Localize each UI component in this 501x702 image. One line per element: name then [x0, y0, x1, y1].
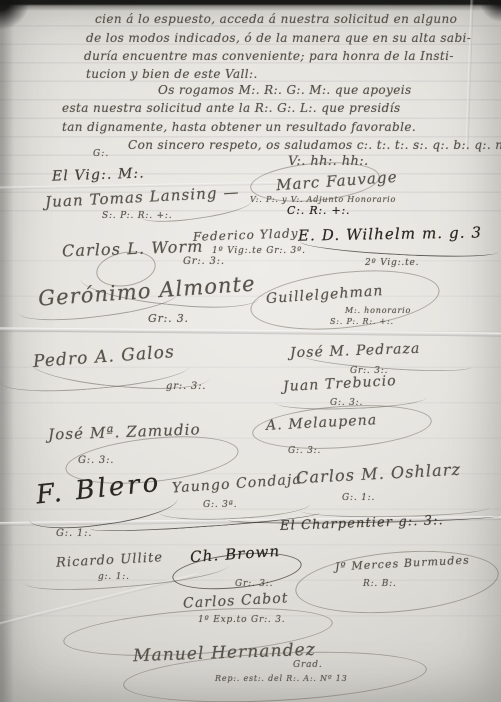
body-line: cien á lo espuesto, acceda á nuestra sol… — [95, 12, 457, 26]
body-line: de los modos indicados, ó de la manera q… — [86, 31, 471, 45]
body-line: Con sincero respeto, os saludamos c:. t:… — [128, 138, 501, 152]
signature-blero-grade: G:. 1:. — [56, 528, 92, 539]
body-line: tucion y bien de este Vall:. — [86, 67, 258, 81]
signature-worm-grade: Gr:. 3:. — [183, 256, 225, 267]
signature-almonte-grade: Gr:. 3. — [148, 312, 189, 325]
body-line: Os rogamos M:. R:. G:. M:. que apoyeis — [158, 83, 412, 97]
signature-wilhelm-grade: 2º Vig:.te. — [365, 258, 419, 268]
body-line: duría encuentre mas conveniente; para ho… — [84, 49, 454, 63]
signature-fauvage-grade: C:. R:. +:. — [287, 204, 350, 217]
signature-el-vig-m: El Vig:. M:. — [52, 165, 145, 184]
scanned-document-page: cien á lo espuesto, acceda á nuestra sol… — [0, 0, 501, 702]
body-line: esta nuestra solicitud ante la R:. G:. L… — [62, 101, 401, 115]
body-line: tan dignamente, hasta obtener un resulta… — [62, 120, 416, 134]
signature-ylady-grade: 1º Vig:.te Gr:. 3º. — [212, 246, 306, 256]
signature-mark-g: G:. — [93, 149, 109, 159]
